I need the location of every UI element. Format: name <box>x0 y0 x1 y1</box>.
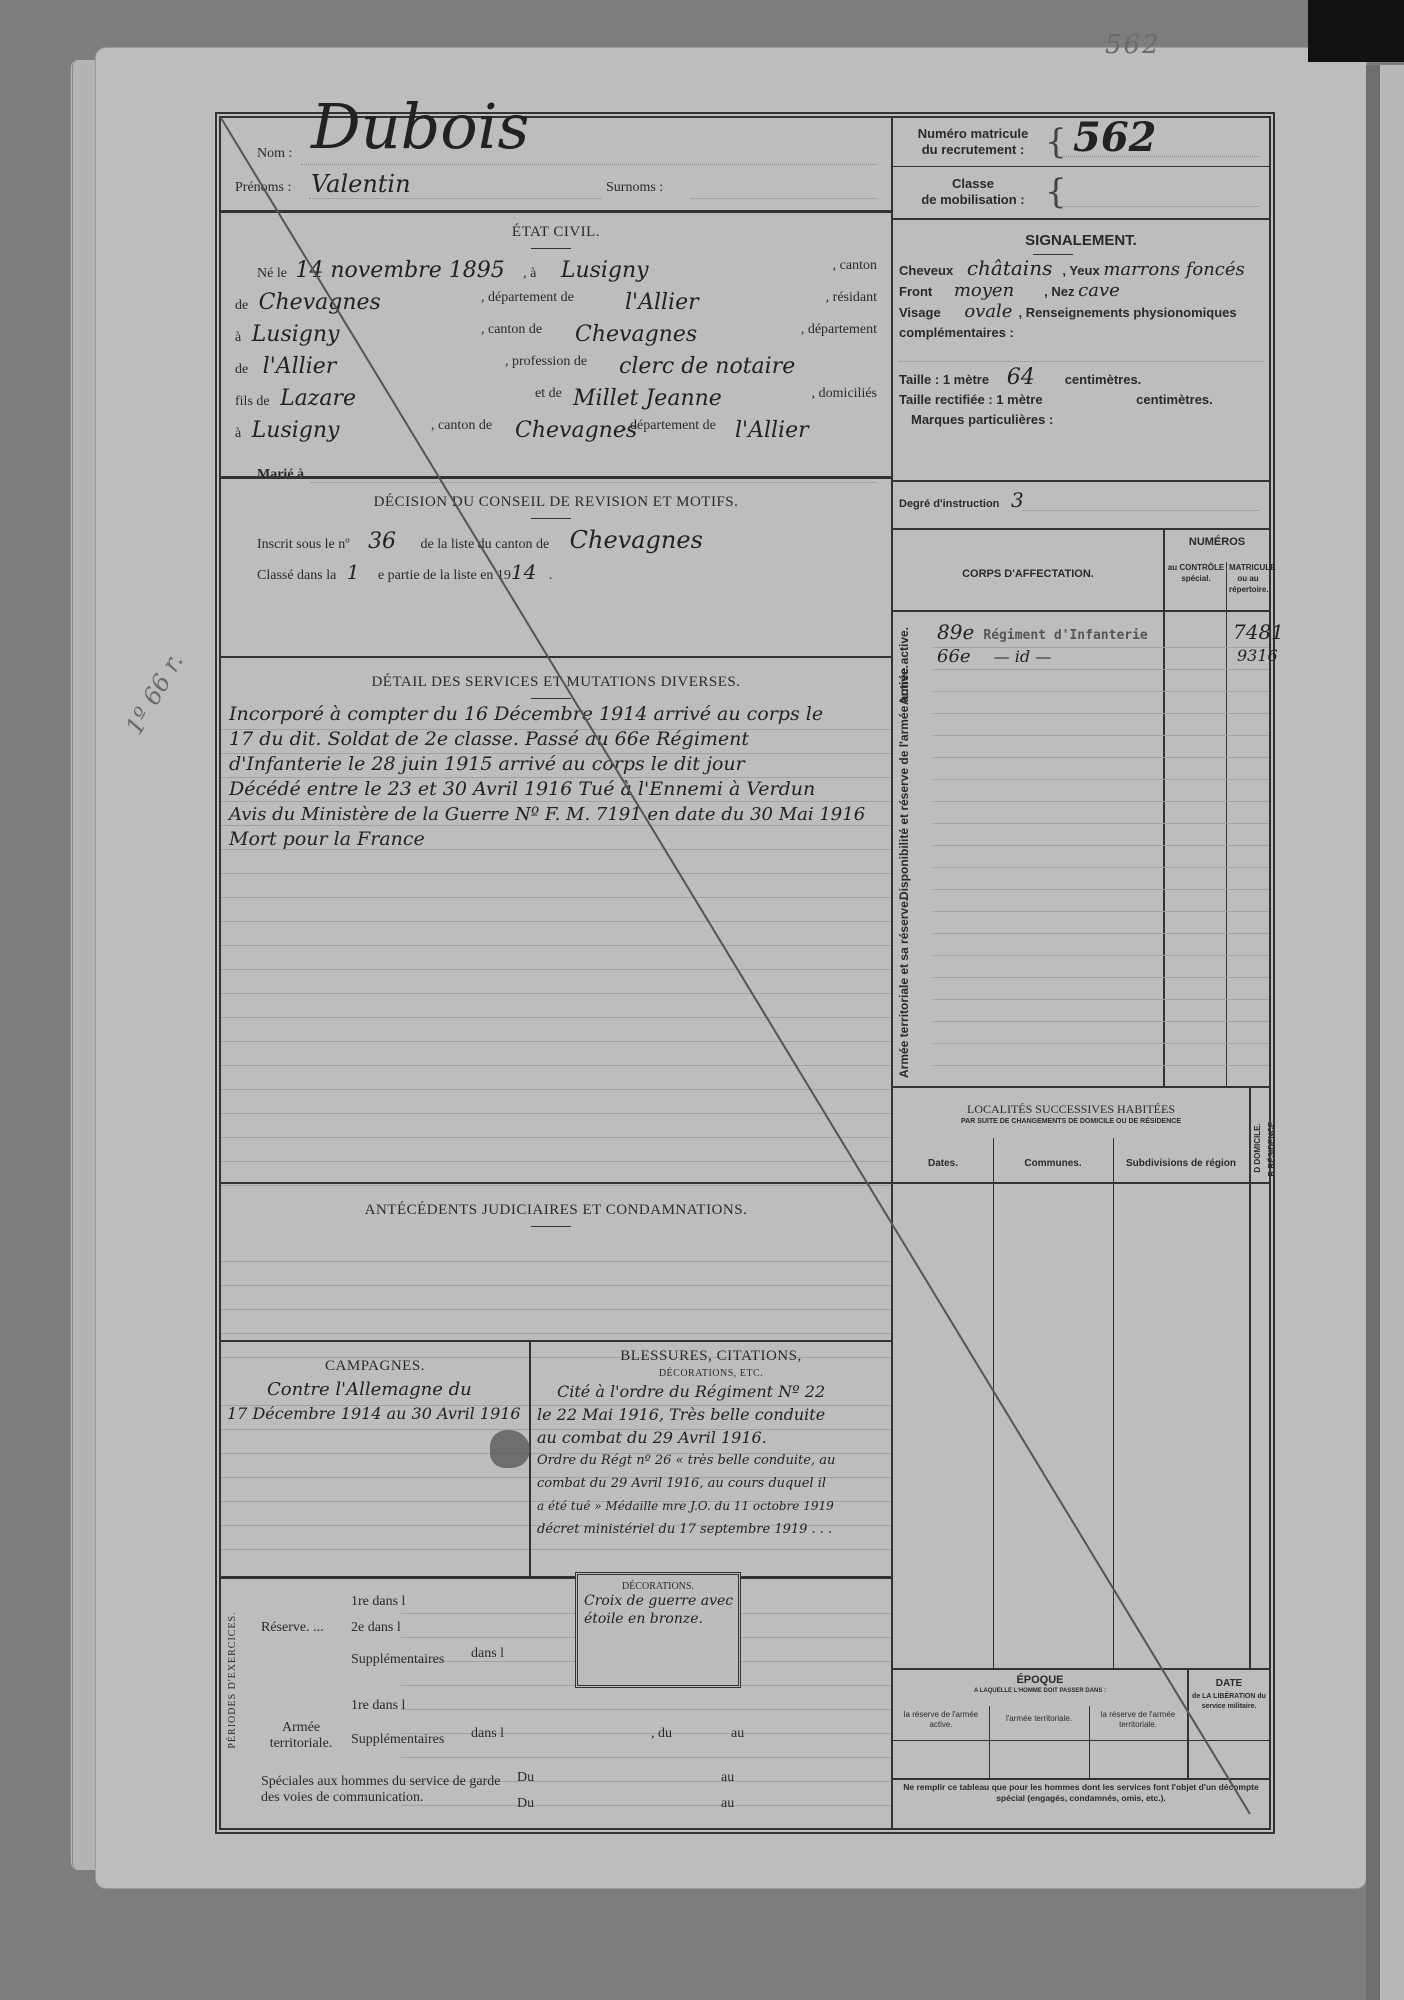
exercices-section: PÉRIODES D'EXERCICES. 1re dans l Réserve… <box>221 1580 891 1830</box>
list-part: 1 <box>347 560 360 584</box>
revision-title: DÉCISION DU CONSEIL DE REVISION ET MOTIF… <box>221 494 891 511</box>
birth-canton: Chevagnes <box>259 290 381 315</box>
right-column: Numéro matricule du recrutement : { 562 … <box>893 118 1269 1828</box>
corps-entry: 66e — id — 9316 <box>937 646 1269 672</box>
revision-canton: Chevagnes <box>570 526 703 554</box>
armee-territoriale-label: Armée territoriale. <box>261 1720 341 1752</box>
left-column: Nom : Dubois Prénoms : Valentin Surnoms … <box>221 118 893 1828</box>
birth-department: l'Allier <box>625 290 699 315</box>
blessures-subtitle: DÉCORATIONS, ETC. <box>531 1368 891 1379</box>
localites-section: LOCALITÉS SUCCESSIVES HABITÉES PAR SUITE… <box>893 1088 1269 1668</box>
list-number: 36 <box>368 529 396 554</box>
controle-header: au CONTRÔLE spécial. <box>1167 562 1225 584</box>
matricule-header: MATRICULE ou au répertoire. <box>1229 562 1267 595</box>
services-lines: Incorporé à compter du 16 Décembre 1914 … <box>229 702 883 852</box>
campaign-line: Contre l'Allemagne du <box>227 1378 525 1402</box>
exercices-side-label: PÉRIODES D'EXERCICES. <box>227 1580 238 1780</box>
prenoms-label: Prénoms : <box>235 180 291 196</box>
regiment-stamp: Régiment d'Infanterie <box>983 628 1147 643</box>
birth-place: Lusigny <box>561 258 649 283</box>
antecedents-section: ANTÉCÉDENTS JUDICIAIRES ET CONDAMNATIONS… <box>221 1184 891 1364</box>
antecedents-title: ANTÉCÉDENTS JUDICIAIRES ET CONDAMNATIONS… <box>221 1202 891 1219</box>
corps-section: CORPS D'AFFECTATION. NUMÉROS au CONTRÔLE… <box>893 530 1269 1086</box>
matricule-number: 562 <box>1073 114 1157 161</box>
citation-line: le 22 Mai 1916, Très belle conduite <box>537 1403 887 1426</box>
residence-place: Lusigny <box>252 322 340 347</box>
nom-label: Nom : <box>257 146 292 162</box>
eye-color: marrons foncés <box>1103 259 1244 280</box>
citation-line: combat du 29 Avril 1916, au cours duquel… <box>537 1472 887 1495</box>
service-line: Décédé entre le 23 et 30 Avril 1916 Tué … <box>229 777 883 802</box>
blessures-title: BLESSURES, CITATIONS, <box>531 1348 891 1365</box>
height-cm: 64 <box>993 365 1065 390</box>
instruction-level: 3 <box>1011 488 1024 512</box>
residence-department: l'Allier <box>263 354 337 379</box>
residence-canton: Chevagnes <box>575 322 697 347</box>
surnoms-label: Surnoms : <box>606 180 663 196</box>
decorations-title: DÉCORATIONS. <box>578 1581 738 1592</box>
father-name: Lazare <box>280 386 356 411</box>
etat-civil-title: ÉTAT CIVIL. <box>221 224 891 241</box>
decorations-box: DÉCORATIONS. Croix de guerre avec étoile… <box>575 1572 741 1688</box>
citation-line: au combat du 29 Avril 1916. <box>537 1426 887 1449</box>
localites-subtitle: PAR SUITE DE CHANGEMENTS DE DOMICILE OU … <box>893 1118 1249 1125</box>
service-line: d'Infanterie le 28 juin 1915 arrivé au c… <box>229 752 883 777</box>
blessures-section: BLESSURES, CITATIONS, DÉCORATIONS, ETC. … <box>531 1342 891 1577</box>
ink-stain <box>490 1430 530 1468</box>
profession: clerc de notaire <box>619 354 795 379</box>
list-year-suffix: 14 <box>511 560 536 584</box>
corps-title: CORPS D'AFFECTATION. <box>893 568 1163 580</box>
service-line: Avis du Ministère de la Guerre Nº F. M. … <box>229 802 883 827</box>
face-shape: ovale <box>944 301 1018 322</box>
citation-line: Cité à l'ordre du Régiment Nº 22 <box>537 1380 887 1403</box>
adjacent-page <box>1366 65 1404 2000</box>
group-disponibilite: Disponibilité et réserve de l'armée acti… <box>897 720 911 900</box>
service-line: Incorporé à compter du 16 Décembre 1914 … <box>229 702 883 727</box>
speciales-label: Spéciales aux hommes du service de garde… <box>261 1774 511 1806</box>
hair-color: châtains <box>957 256 1063 280</box>
services-title: DÉTAIL DES SERVICES ET MUTATIONS DIVERSE… <box>221 674 891 691</box>
service-line: 17 du dit. Soldat de 2e classe. Passé au… <box>229 727 883 752</box>
forehead: moyen <box>936 280 1044 301</box>
decoration-line: Croix de guerre avec <box>578 1592 738 1610</box>
revision-section: DÉCISION DU CONSEIL DE REVISION ET MOTIF… <box>221 480 891 620</box>
instruction-section: Degré d'instruction 3 <box>893 482 1269 528</box>
mother-name: Millet Jeanne <box>573 386 722 411</box>
services-section: DÉTAIL DES SERVICES ET MUTATIONS DIVERSE… <box>221 658 891 1198</box>
corps-entry: 89e Régiment d'Infanterie 7481 <box>937 620 1269 646</box>
nose: cave <box>1078 280 1120 301</box>
matricule-value: 9316 <box>1237 646 1278 665</box>
matricule-section: Numéro matricule du recrutement : { 562 … <box>893 118 1269 214</box>
birth-date: 14 novembre 1895 <box>295 258 504 283</box>
matricule-value: 7481 <box>1233 620 1284 644</box>
matricule-form: Nom : Dubois Prénoms : Valentin Surnoms … <box>215 112 1275 1834</box>
citation-line: décret ministériel du 17 septembre 1919 … <box>537 1518 887 1541</box>
pencil-page-number: 562 <box>1105 30 1161 60</box>
nom-value: Dubois <box>311 90 529 163</box>
epoque-section: ÉPOQUE A LAQUELLE L'HOMME DOIT PASSER DA… <box>893 1670 1269 1830</box>
signalement-section: SIGNALEMENT. Cheveux châtains, Yeux marr… <box>893 220 1269 490</box>
group-territoriale: Armée territoriale et sa réserve. <box>897 908 911 1078</box>
epoque-note: Ne remplir ce tableau que pour les homme… <box>897 1782 1265 1804</box>
reserve-label: Réserve. ... <box>261 1620 324 1636</box>
parents-canton: Chevagnes <box>515 418 637 443</box>
campagnes-title: CAMPAGNES. <box>221 1358 529 1375</box>
campaign-line: 17 Décembre 1914 au 30 Avril 1916 <box>227 1402 525 1426</box>
localites-title: LOCALITÉS SUCCESSIVES HABITÉES <box>893 1102 1249 1117</box>
parents-residence: Lusigny <box>252 418 340 443</box>
campagnes-section: CAMPAGNES. Contre l'Allemagne du 17 Déce… <box>221 1342 531 1577</box>
signalement-title: SIGNALEMENT. <box>893 232 1269 249</box>
citation-line: Ordre du Régt nº 26 « très belle conduit… <box>537 1449 887 1472</box>
decoration-line: étoile en bronze. <box>578 1610 738 1628</box>
service-line: Mort pour la France <box>229 827 883 852</box>
prenoms-value: Valentin <box>311 170 411 198</box>
parents-department: l'Allier <box>735 418 809 443</box>
numeros-title: NUMÉROS <box>1165 536 1269 548</box>
citation-line: a été tué » Médaille mre J.O. du 11 octo… <box>537 1495 887 1518</box>
background-shadow <box>1308 0 1404 62</box>
identity-section: Nom : Dubois Prénoms : Valentin Surnoms … <box>221 118 891 208</box>
